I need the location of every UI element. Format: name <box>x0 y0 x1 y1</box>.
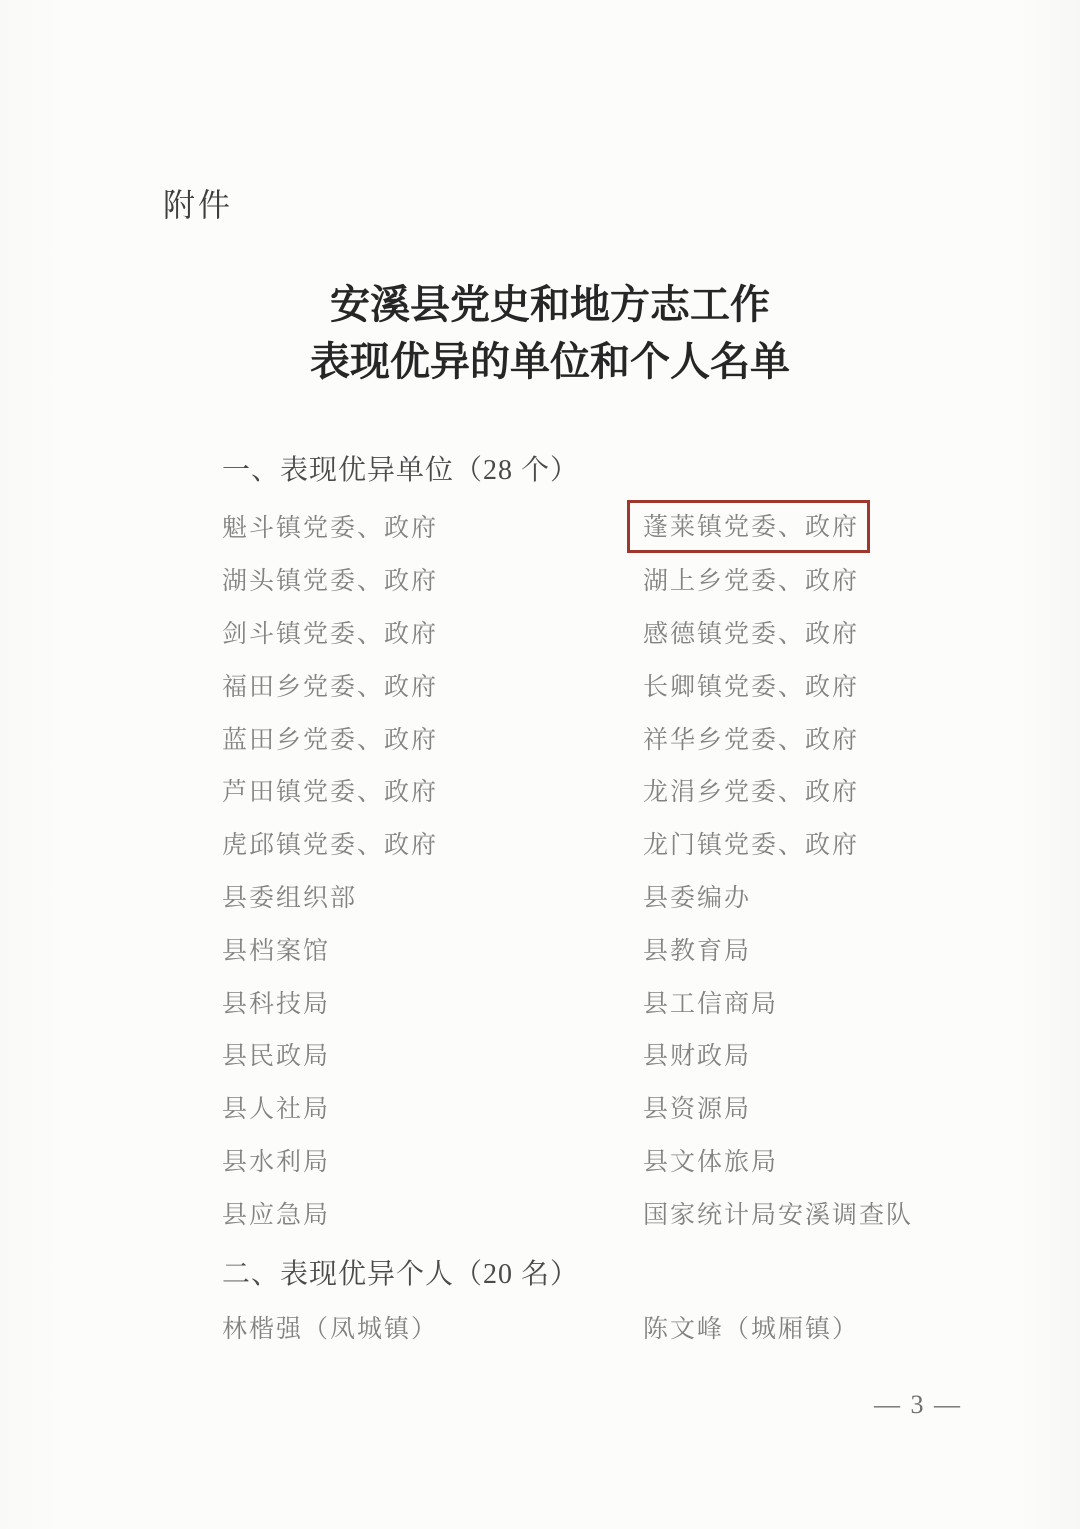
unit-row: 县应急局 国家统计局安溪调查队 <box>222 1186 982 1239</box>
unit-name: 芦田镇党委、政府 <box>222 772 643 808</box>
unit-row: 县人社局 县资源局 <box>222 1081 982 1134</box>
unit-name: 县资源局 <box>643 1089 751 1125</box>
individual-name: 林楷强（凤城镇） <box>222 1309 643 1345</box>
unit-row: 县科技局 县工信商局 <box>222 975 982 1028</box>
individual-row: 林楷强（凤城镇） 陈文峰（城厢镇） <box>222 1301 982 1354</box>
unit-row: 湖头镇党委、政府 湖上乡党委、政府 <box>222 553 982 606</box>
unit-name: 湖头镇党委、政府 <box>222 561 643 597</box>
unit-name: 县委组织部 <box>222 878 643 914</box>
unit-name: 县人社局 <box>222 1089 643 1125</box>
unit-name: 魁斗镇党委、政府 <box>222 508 643 544</box>
unit-row: 县民政局 县财政局 <box>222 1028 982 1081</box>
title-line-2: 表现优异的单位和个人名单 <box>10 333 1080 390</box>
attachment-label: 附件 <box>163 180 233 226</box>
unit-name: 虎邱镇党委、政府 <box>222 825 643 861</box>
page-number: — 3 — <box>874 1390 962 1420</box>
highlight-box: 蓬莱镇党委、政府 <box>627 500 870 553</box>
unit-name: 龙涓乡党委、政府 <box>643 772 859 808</box>
units-list: 魁斗镇党委、政府 蓬莱镇党委、政府 湖头镇党委、政府 湖上乡党委、政府 剑斗镇党… <box>222 500 982 1239</box>
unit-name: 国家统计局安溪调查队 <box>643 1195 913 1231</box>
document-title: 安溪县党史和地方志工作 表现优异的单位和个人名单 <box>10 276 1080 390</box>
unit-name: 县教育局 <box>643 931 751 967</box>
unit-name: 县民政局 <box>222 1036 643 1072</box>
unit-name: 龙门镇党委、政府 <box>643 825 859 861</box>
unit-name: 县档案馆 <box>222 931 643 967</box>
individual-name: 陈文峰（城厢镇） <box>643 1309 859 1345</box>
unit-name-highlighted: 蓬莱镇党委、政府 <box>643 514 859 541</box>
unit-name: 县文体旅局 <box>643 1142 778 1178</box>
unit-name: 县工信商局 <box>643 984 778 1020</box>
unit-row: 福田乡党委、政府 长卿镇党委、政府 <box>222 658 982 711</box>
unit-row: 魁斗镇党委、政府 蓬莱镇党委、政府 <box>222 500 982 553</box>
unit-name: 福田乡党委、政府 <box>222 667 643 703</box>
unit-row: 县档案馆 县教育局 <box>222 922 982 975</box>
individuals-list: 林楷强（凤城镇） 陈文峰（城厢镇） <box>222 1301 982 1354</box>
unit-cell: 蓬莱镇党委、政府 <box>643 500 870 553</box>
unit-name: 长卿镇党委、政府 <box>643 667 859 703</box>
title-line-1: 安溪县党史和地方志工作 <box>10 276 1080 333</box>
unit-name: 县委编办 <box>643 878 751 914</box>
unit-name: 县应急局 <box>222 1195 643 1231</box>
document-page: 附件 安溪县党史和地方志工作 表现优异的单位和个人名单 一、表现优异单位（28 … <box>0 0 1080 1529</box>
unit-row: 县委组织部 县委编办 <box>222 870 982 923</box>
unit-name: 县水利局 <box>222 1142 643 1178</box>
unit-name: 湖上乡党委、政府 <box>643 561 859 597</box>
unit-name: 蓝田乡党委、政府 <box>222 720 643 756</box>
unit-row: 虎邱镇党委、政府 龙门镇党委、政府 <box>222 817 982 870</box>
unit-row: 剑斗镇党委、政府 感德镇党委、政府 <box>222 606 982 659</box>
unit-row: 芦田镇党委、政府 龙涓乡党委、政府 <box>222 764 982 817</box>
unit-name: 县财政局 <box>643 1036 751 1072</box>
individuals-section-heading: 二、表现优异个人（20 名） <box>222 1252 579 1292</box>
unit-name: 祥华乡党委、政府 <box>643 720 859 756</box>
unit-name: 剑斗镇党委、政府 <box>222 614 643 650</box>
units-section-heading: 一、表现优异单位（28 个） <box>222 448 579 488</box>
unit-name: 县科技局 <box>222 984 643 1020</box>
unit-row: 蓝田乡党委、政府 祥华乡党委、政府 <box>222 711 982 764</box>
unit-name: 感德镇党委、政府 <box>643 614 859 650</box>
unit-row: 县水利局 县文体旅局 <box>222 1134 982 1187</box>
